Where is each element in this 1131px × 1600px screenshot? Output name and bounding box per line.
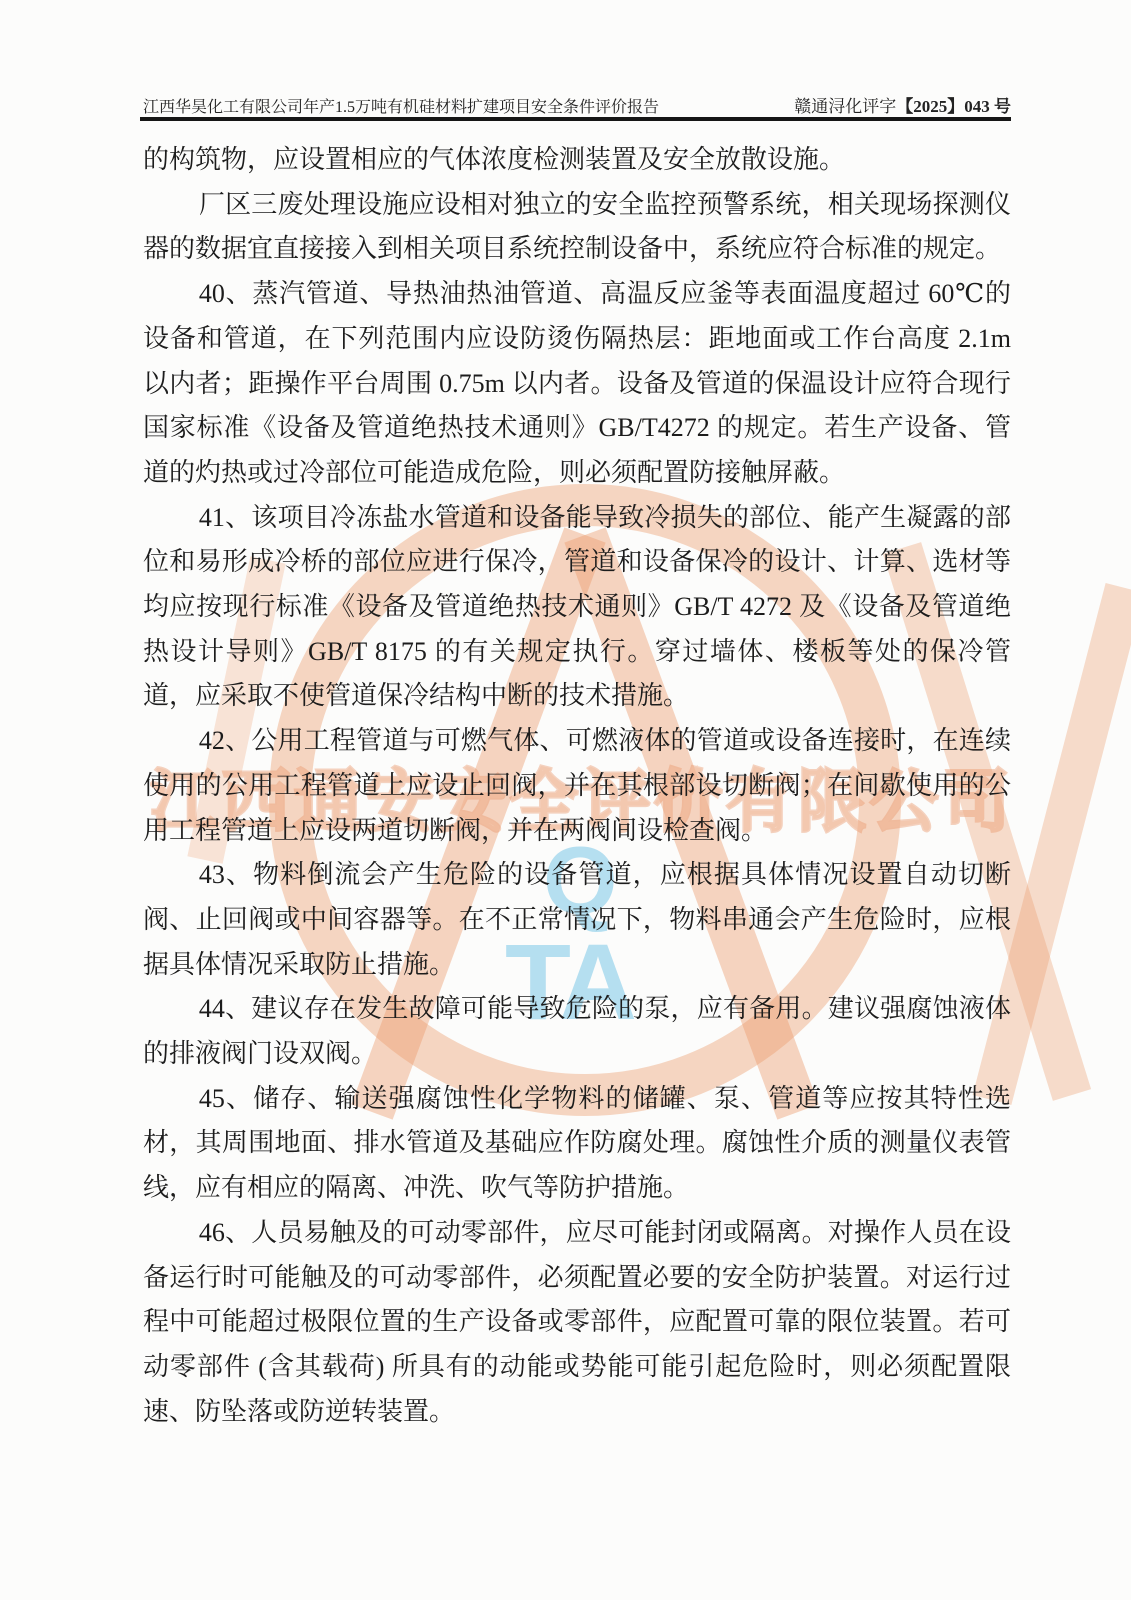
header-report-title: 江西华昊化工有限公司年产1.5万吨有机硅材料扩建项目安全条件评价报告 — [143, 94, 659, 117]
body-paragraph: 46、人员易触及的可动零部件，应尽可能封闭或隔离。对操作人员在设备运行时可能触及… — [143, 1211, 1011, 1435]
body-paragraph: 厂区三废处理设施应设相对独立的安全监控预警系统，相关现场探测仪器的数据宜直接接入… — [143, 183, 1011, 272]
body-paragraph: 45、储存、输送强腐蚀性化学物料的储罐、泵、管道等应按其特性选材，其周围地面、排… — [143, 1077, 1011, 1211]
body-paragraph: 43、物料倒流会产生危险的设备管道，应根据具体情况设置自动切断阀、止回阀或中间容… — [143, 853, 1011, 987]
doc-number-prefix: 赣通浔化评字 — [794, 97, 896, 116]
report-page: 江西通安安全评价有限公司 Q TA 江西华昊化工有限公司年产1.5万吨有机硅材料… — [0, 0, 1131, 1600]
header-rule — [140, 117, 1011, 121]
body-paragraph: 40、蒸汽管道、导热油热油管道、高温反应釜等表面温度超过 60℃的设备和管道，在… — [143, 272, 1011, 496]
body-paragraph: 的构筑物，应设置相应的气体浓度检测装置及安全放散设施。 — [143, 138, 1011, 183]
header-doc-number: 赣通浔化评字【2025】043 号 — [794, 92, 1011, 117]
report-body: 的构筑物，应设置相应的气体浓度检测装置及安全放散设施。 厂区三废处理设施应设相对… — [143, 138, 1011, 1434]
body-paragraph: 42、公用工程管道与可燃气体、可燃液体的管道或设备连接时，在连续使用的公用工程管… — [143, 719, 1011, 853]
body-paragraph: 44、建议存在发生故障可能导致危险的泵，应有备用。建议强腐蚀液体的排液阀门设双阀… — [143, 987, 1011, 1076]
page-header: 江西华昊化工有限公司年产1.5万吨有机硅材料扩建项目安全条件评价报告 赣通浔化评… — [143, 92, 1011, 117]
body-paragraph: 41、该项目冷冻盐水管道和设备能导致冷损失的部位、能产生凝露的部位和易形成冷桥的… — [143, 496, 1011, 720]
doc-number-value: 【2025】043 号 — [896, 97, 1011, 116]
